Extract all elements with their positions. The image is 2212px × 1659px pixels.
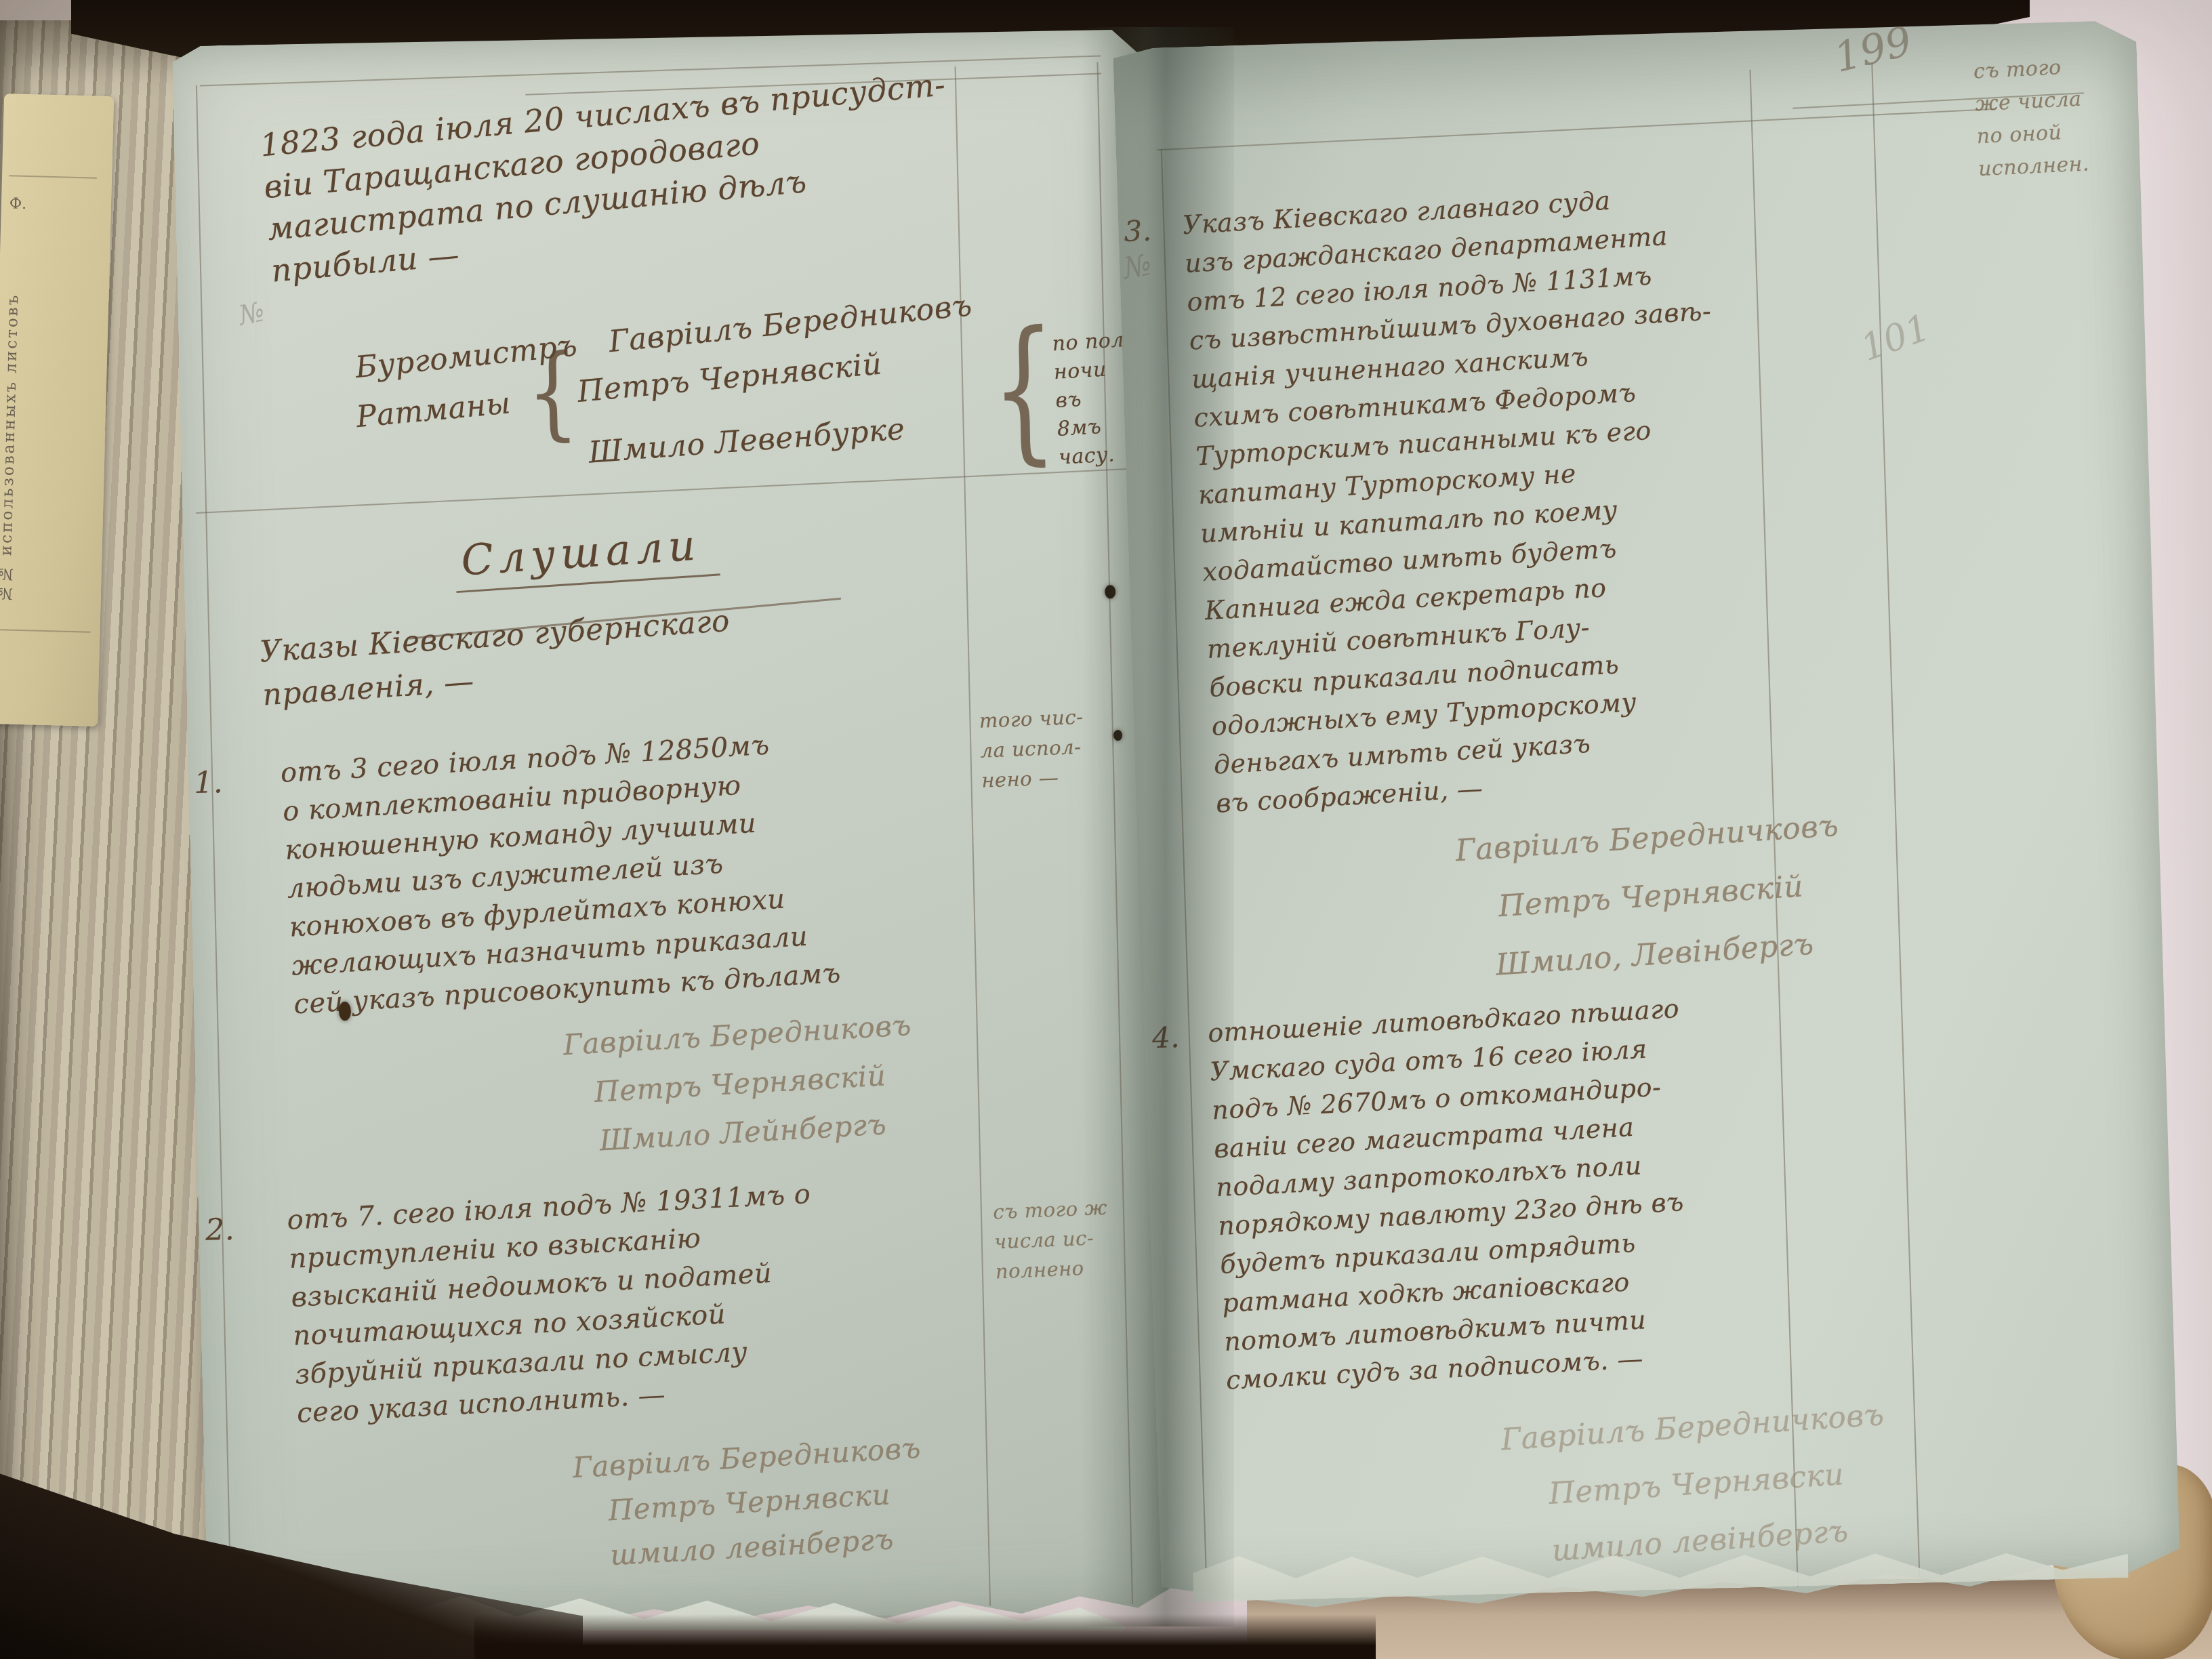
entry-2-number: 2. — [205, 1212, 235, 1248]
yellowed-slip: Ф. №№ использованныхъ листовъ — [0, 94, 114, 726]
entry-1-signatures: Гавріилъ Бередниковъ Петръ Чернявскій Шм… — [478, 996, 1001, 1172]
intro-ukazy: Указы Кіевскаго губернскаго правленія, — — [258, 586, 940, 718]
slip-printed-label: №№ использованныхъ листовъ — [0, 222, 24, 602]
slip-rule — [9, 175, 97, 178]
entry-2-signatures: Гавріилъ Бередниковъ Петръ Чернявски шми… — [489, 1421, 1010, 1584]
bottom-center-shadow — [474, 1614, 1376, 1659]
ratmany-brace: { — [526, 341, 580, 444]
entry-4-text: отношеніе литовѣдкаго пѣшаго Умскаго суд… — [1207, 970, 2060, 1400]
left-page: № 1823 года іюля 20 числахъ въ присудст-… — [172, 24, 1177, 1635]
pencil-number-mark: № — [236, 296, 267, 332]
right-page: 199 101 № 3. Указъ Кіевскаго главнаго су… — [1113, 17, 2185, 1615]
heading-slushali: Слушали — [453, 518, 720, 593]
entry-4-signatures: Гавріилъ Бередничковъ Петръ Чернявски шм… — [1427, 1382, 1966, 1587]
time-note-brace: { — [990, 311, 1059, 468]
entry-1-text: отъ 3 сего іюля подъ № 12850мъ о комплек… — [279, 714, 985, 1024]
right-margin-note: съ того же числа по оной исполнен. — [1973, 49, 2121, 186]
slip-rule — [0, 629, 90, 633]
manuscript-photo: Ф. №№ использованныхъ листовъ № 1823 год… — [0, 0, 2212, 1659]
entry-1-number: 1. — [194, 765, 224, 800]
ruled-line-top — [1157, 108, 1996, 151]
book-gutter-shadow — [1082, 27, 1234, 1626]
entry-3-signatures: Гавріилъ Бередничковъ Петръ Чернявскій Ш… — [1381, 792, 1920, 1002]
ratmany-label: Ратманы — [354, 386, 512, 434]
burgomistr-name: Гавріилъ Бередниковъ — [607, 288, 974, 359]
ratman-2-name: Шмило Левенбурке — [588, 412, 906, 470]
entry-2-text: отъ 7. сего іюля подъ № 19311мъ о присту… — [286, 1167, 988, 1433]
session-date-header: 1823 года іюля 20 числахъ въ присудст- в… — [258, 47, 1137, 292]
slip-mark: Ф. — [9, 195, 27, 213]
entry-3-text: Указъ Кіевскаго главнаго суда изъ гражда… — [1181, 158, 2049, 823]
